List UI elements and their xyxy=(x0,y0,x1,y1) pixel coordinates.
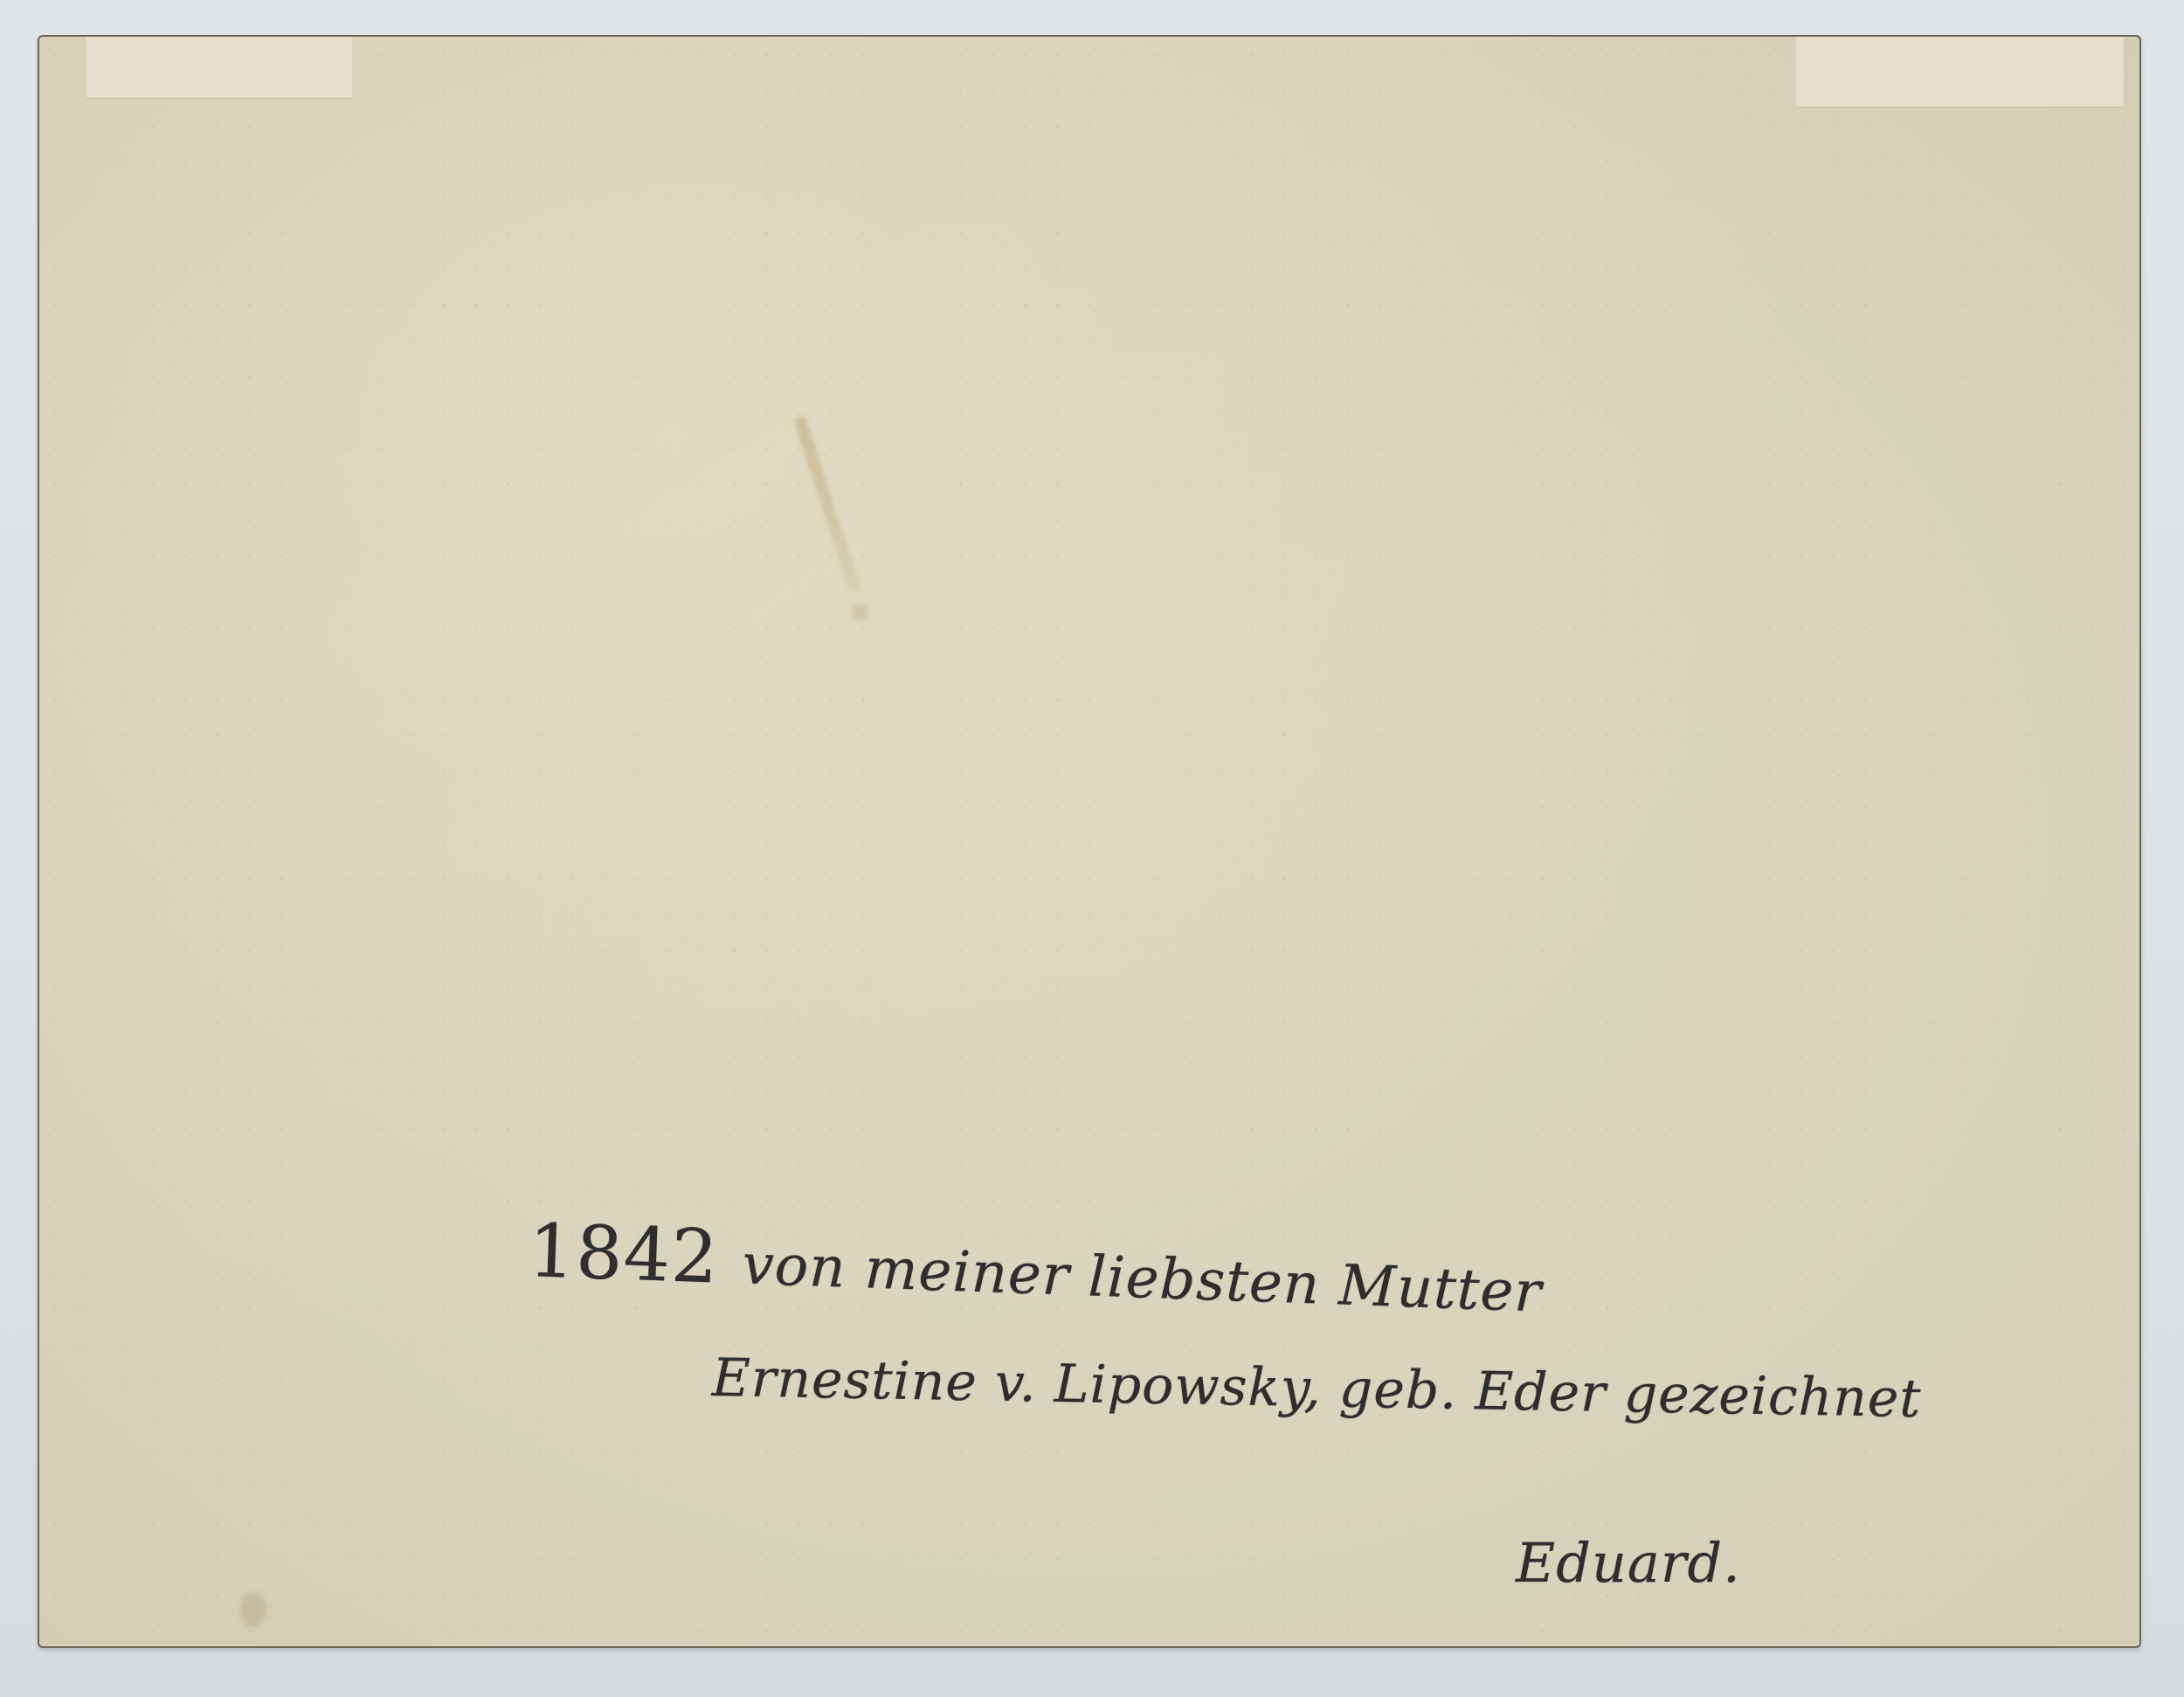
stain-mark xyxy=(793,415,861,593)
tape-remnant-right xyxy=(1796,37,2124,107)
inscription-year: 1842 xyxy=(527,1208,720,1300)
signature: Eduard. xyxy=(1516,1531,1741,1595)
tape-remnant-left xyxy=(86,37,352,99)
smudge-mark xyxy=(240,1592,266,1627)
inscription-line-1: 1842 von meiner liebsten Mutter xyxy=(527,1208,1544,1328)
card: 1842 von meiner liebsten Mutter Ernestin… xyxy=(38,35,2141,1648)
inscription-line-2: Ernestine v. Lipowsky, geb. Eder gezeich… xyxy=(711,1347,1922,1430)
inscription-line-1-text: von meiner liebsten Mutter xyxy=(741,1233,1543,1326)
smudge-mark xyxy=(852,605,867,620)
